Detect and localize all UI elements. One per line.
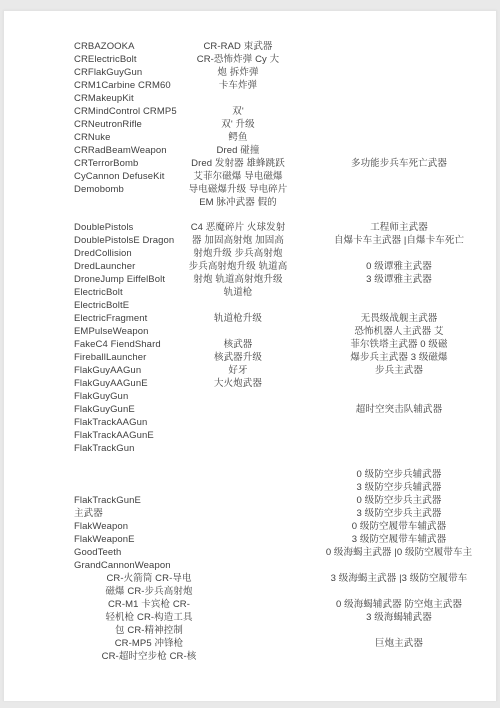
weapon-id-cell: GoodTeeth xyxy=(74,546,172,559)
weapon-desc-cell: 3 级谭雅主武器 xyxy=(304,273,494,286)
weapon-desc-cell: 0 级谭雅主武器 xyxy=(304,260,494,273)
weapon-id-cell: FlakWeapon xyxy=(74,520,172,533)
table-row: CRNuke鳄鱼 xyxy=(74,131,494,144)
weapon-id-cell: FlakTrackAAGun xyxy=(74,416,172,429)
table-row: CRMindControl CRMP5双' xyxy=(74,105,494,118)
weapon-id-cell: FlakTrackGunE xyxy=(74,494,172,507)
weapon-desc-cell: 步兵主武器 xyxy=(304,364,494,377)
table-row: DoublePistolsE Dragon器 加固高射炮 加固高自爆卡车主武器 … xyxy=(74,234,494,247)
table-row: CRBAZOOKACR-RAD 束武器 xyxy=(74,40,494,53)
weapon-desc-cell: 3 级海蝎辅武器 xyxy=(304,611,494,624)
weapon-id-cell: CRNeutronRifle xyxy=(74,118,172,131)
weapon-id-cell: FlakGuyGun xyxy=(74,390,172,403)
weapon-id-cell: CRNuke xyxy=(74,131,172,144)
table-row: DredLauncher步兵高射炮升级 轨道高0 级谭雅主武器 xyxy=(74,260,494,273)
weapon-name-cell: 轨道枪 xyxy=(172,286,304,299)
weapon-desc-cell: 巨炮主武器 xyxy=(304,637,494,650)
table-row: FlakWeapon0 级防空履带车辅武器 xyxy=(74,520,494,533)
weapon-id-cell: Demobomb xyxy=(74,183,172,196)
table-row: FlakTrackAAGunE xyxy=(74,429,494,442)
weapon-id-cell: 磁爆 CR-步兵高射炮 xyxy=(74,585,224,598)
table-row: DoublePistolsC4 恶魔碎片 火球发射工程师主武器 xyxy=(74,221,494,234)
weapon-id-cell: FlakTrackAAGunE xyxy=(74,429,172,442)
table-row: FlakGuyGun xyxy=(74,390,494,403)
table-row: CRMakeupKit xyxy=(74,92,494,105)
weapon-name-cell: 卡车炸弹 xyxy=(172,79,304,92)
weapon-name-cell: 导电磁爆升级 导电碎片 xyxy=(172,183,304,196)
weapon-desc-cell: 0 级海蝎辅武器 防空炮主武器 xyxy=(304,598,494,611)
table-row: EMPulseWeapon恐怖机器人主武器 艾 xyxy=(74,325,494,338)
table-row: FlakTrackGun xyxy=(74,442,494,455)
weapon-name-cell: 轨道枪升级 xyxy=(172,312,304,325)
table-row: 主武器3 级防空步兵主武器 xyxy=(74,507,494,520)
weapon-desc-cell: 爆步兵主武器 3 级磁爆 xyxy=(304,351,494,364)
table-row: 0 级防空步兵辅武器 xyxy=(74,468,494,481)
weapon-id-cell: CRM1Carbine CRM60 xyxy=(74,79,172,92)
weapon-id-cell: DredLauncher xyxy=(74,260,172,273)
weapon-desc-cell: 超时空突击队辅武器 xyxy=(304,403,494,416)
weapon-name-cell: 大火炮武器 xyxy=(172,377,304,390)
weapon-id-cell: CRElectricBolt xyxy=(74,53,172,66)
table-row: FireballLauncher核武器升级爆步兵主武器 3 级磁爆 xyxy=(74,351,494,364)
table-row: CR-MP5 冲锋枪巨炮主武器 xyxy=(74,637,494,650)
table-row: EM 脉冲武器 假的 xyxy=(74,196,494,209)
weapon-name-cell: 步兵高射炮升级 轨道高 xyxy=(172,260,304,273)
section-weapons-mid: DoublePistolsC4 恶魔碎片 火球发射工程师主武器DoublePis… xyxy=(74,221,494,455)
weapon-name-cell: 核武器升级 xyxy=(172,351,304,364)
weapon-id-cell: CR-MP5 冲锋枪 xyxy=(74,637,224,650)
weapon-name-cell: 双' 升级 xyxy=(172,118,304,131)
table-row: FlakTrackAAGun xyxy=(74,416,494,429)
table-row: 轻机枪 CR-构造工具3 级海蝎辅武器 xyxy=(74,611,494,624)
weapon-desc-cell: 0 级防空履带车辅武器 xyxy=(304,520,494,533)
table-row: CRRadBeamWeaponDred 碰撞 xyxy=(74,144,494,157)
weapon-id-cell: 轻机枪 CR-构造工具 xyxy=(74,611,224,624)
weapon-name-cell: 器 加固高射炮 加固高 xyxy=(172,234,304,247)
table-row: GrandCannonWeapon xyxy=(74,559,494,572)
weapon-id-cell: CR-M1 卡宾枪 CR- xyxy=(74,598,224,611)
table-row: FlakGuyAAGunE大火炮武器 xyxy=(74,377,494,390)
weapon-desc-cell: 3 级海蝎主武器 |3 级防空履带车 xyxy=(304,572,494,585)
weapon-name-cell: C4 恶魔碎片 火球发射 xyxy=(172,221,304,234)
weapon-desc-cell: 菲尔铁塔主武器 0 级磁 xyxy=(304,338,494,351)
table-row: 磁爆 CR-步兵高射炮 xyxy=(74,585,494,598)
weapon-name-cell: 艾菲尔磁爆 导电磁爆 xyxy=(172,170,304,183)
weapon-desc-cell: 0 级防空步兵辅武器 xyxy=(304,468,494,481)
weapon-name-cell: Dred 碰撞 xyxy=(172,144,304,157)
weapon-id-cell: FlakGuyGunE xyxy=(74,403,172,416)
weapon-desc-cell: 恐怖机器人主武器 艾 xyxy=(304,325,494,338)
weapon-desc-cell: 多功能步兵车死亡武器 xyxy=(304,157,494,170)
table-row: FlakGuyGunE超时空突击队辅武器 xyxy=(74,403,494,416)
table-row: Demobomb导电磁爆升级 导电碎片 xyxy=(74,183,494,196)
weapon-name-cell: CR-RAD 束武器 xyxy=(172,40,304,53)
document-page: CRBAZOOKACR-RAD 束武器CRElectricBoltCR-恐怖炸弹… xyxy=(3,10,497,701)
weapon-id-cell: CRBAZOOKA xyxy=(74,40,172,53)
weapon-table: CRBAZOOKACR-RAD 束武器CRElectricBoltCR-恐怖炸弹… xyxy=(74,40,494,663)
weapon-desc-cell: 工程师主武器 xyxy=(304,221,494,234)
weapon-id-cell: GrandCannonWeapon xyxy=(74,559,172,572)
weapon-desc-cell: 3 级防空步兵辅武器 xyxy=(304,481,494,494)
weapon-id-cell: DoublePistolsE Dragon xyxy=(74,234,172,247)
weapon-name-cell: Dred 发射器 雄蜂跳跃 xyxy=(172,157,304,170)
weapon-desc-cell: 无畏级战舰主武器 xyxy=(304,312,494,325)
weapon-name-cell: 核武器 xyxy=(172,338,304,351)
weapon-id-cell: CRFlakGuyGun xyxy=(74,66,172,79)
weapon-name-cell: 炮 拆炸弹 xyxy=(172,66,304,79)
weapon-id-cell: FireballLauncher xyxy=(74,351,172,364)
weapon-id-cell: ElectricBoltE xyxy=(74,299,172,312)
table-row: CyCannon DefuseKit艾菲尔磁爆 导电磁爆 xyxy=(74,170,494,183)
weapon-desc-cell: 0 级海蝎主武器 |0 级防空履带车主 xyxy=(304,546,494,559)
weapon-id-cell: FlakGuyAAGunE xyxy=(74,377,172,390)
table-row: ElectricBoltE xyxy=(74,299,494,312)
table-row: CRFlakGuyGun炮 拆炸弹 xyxy=(74,66,494,79)
weapon-id-cell: DredCollision xyxy=(74,247,172,260)
table-row: CRTerrorBombDred 发射器 雄蜂跳跃多功能步兵车死亡武器 xyxy=(74,157,494,170)
table-row: FlakWeaponE3 级防空履带车辅武器 xyxy=(74,533,494,546)
weapon-id-cell: CRMakeupKit xyxy=(74,92,172,105)
weapon-id-cell: CRMindControl CRMP5 xyxy=(74,105,172,118)
weapon-name-cell: EM 脉冲武器 假的 xyxy=(172,196,304,209)
weapon-id-cell: 主武器 xyxy=(74,507,172,520)
table-row: CRElectricBoltCR-恐怖炸弹 Cy 大 xyxy=(74,53,494,66)
table-row: CRNeutronRifle双' 升级 xyxy=(74,118,494,131)
weapon-id-cell: CRTerrorBomb xyxy=(74,157,172,170)
table-row: DroneJump EiffelBolt射炮 轨道高射炮升级3 级谭雅主武器 xyxy=(74,273,494,286)
table-row: FakeC4 FiendShard核武器菲尔铁塔主武器 0 级磁 xyxy=(74,338,494,351)
weapon-id-cell: ElectricBolt xyxy=(74,286,172,299)
weapon-id-cell: CyCannon DefuseKit xyxy=(74,170,172,183)
weapon-name-cell: 鳄鱼 xyxy=(172,131,304,144)
weapon-name-cell: 好牙 xyxy=(172,364,304,377)
weapon-name-cell: 射炮升级 步兵高射炮 xyxy=(172,247,304,260)
weapon-desc-cell: 3 级防空步兵主武器 xyxy=(304,507,494,520)
table-row: 3 级防空步兵辅武器 xyxy=(74,481,494,494)
weapon-name-cell: 双' xyxy=(172,105,304,118)
weapon-id-cell: ElectricFragment xyxy=(74,312,172,325)
table-row: FlakTrackGunE0 级防空步兵主武器 xyxy=(74,494,494,507)
weapon-desc-cell: 3 级防空履带车辅武器 xyxy=(304,533,494,546)
table-row: ElectricBolt轨道枪 xyxy=(74,286,494,299)
weapon-id-cell: FlakGuyAAGun xyxy=(74,364,172,377)
weapon-desc-cell: 自爆卡车主武器 |自爆卡车死亡 xyxy=(304,234,494,247)
table-row: ElectricFragment轨道枪升级无畏级战舰主武器 xyxy=(74,312,494,325)
table-row: CR-火箭筒 CR-导电3 级海蝎主武器 |3 级防空履带车 xyxy=(74,572,494,585)
weapon-id-cell: CR-超时空步枪 CR-核 xyxy=(74,650,224,663)
weapon-id-cell: CRRadBeamWeapon xyxy=(74,144,172,157)
weapon-id-cell: FlakWeaponE xyxy=(74,533,172,546)
table-row: FlakGuyAAGun好牙步兵主武器 xyxy=(74,364,494,377)
weapon-desc-cell: 0 级防空步兵主武器 xyxy=(304,494,494,507)
table-row: DredCollision射炮升级 步兵高射炮 xyxy=(74,247,494,260)
weapon-id-cell: DoublePistols xyxy=(74,221,172,234)
weapon-id-cell: FakeC4 FiendShard xyxy=(74,338,172,351)
table-row: CR-超时空步枪 CR-核 xyxy=(74,650,494,663)
table-row: GoodTeeth0 级海蝎主武器 |0 级防空履带车主 xyxy=(74,546,494,559)
weapon-name-cell: CR-恐怖炸弹 Cy 大 xyxy=(172,53,304,66)
section-weapons-lower: 0 级防空步兵辅武器3 级防空步兵辅武器FlakTrackGunE0 级防空步兵… xyxy=(74,468,494,572)
weapon-id-cell: FlakTrackGun xyxy=(74,442,172,455)
table-row: CR-M1 卡宾枪 CR-0 级海蝎辅武器 防空炮主武器 xyxy=(74,598,494,611)
weapon-name-cell: 射炮 轨道高射炮升级 xyxy=(172,273,304,286)
weapon-id-cell: 包 CR-精神控制 xyxy=(74,624,224,637)
weapon-id-cell: DroneJump EiffelBolt xyxy=(74,273,172,286)
weapon-id-cell: CR-火箭筒 CR-导电 xyxy=(74,572,224,585)
weapon-id-cell: EMPulseWeapon xyxy=(74,325,172,338)
section-cr-translations: CR-火箭筒 CR-导电3 级海蝎主武器 |3 级防空履带车磁爆 CR-步兵高射… xyxy=(74,572,494,663)
table-row: 包 CR-精神控制 xyxy=(74,624,494,637)
section-weapons-top: CRBAZOOKACR-RAD 束武器CRElectricBoltCR-恐怖炸弹… xyxy=(74,40,494,209)
table-row: CRM1Carbine CRM60卡车炸弹 xyxy=(74,79,494,92)
